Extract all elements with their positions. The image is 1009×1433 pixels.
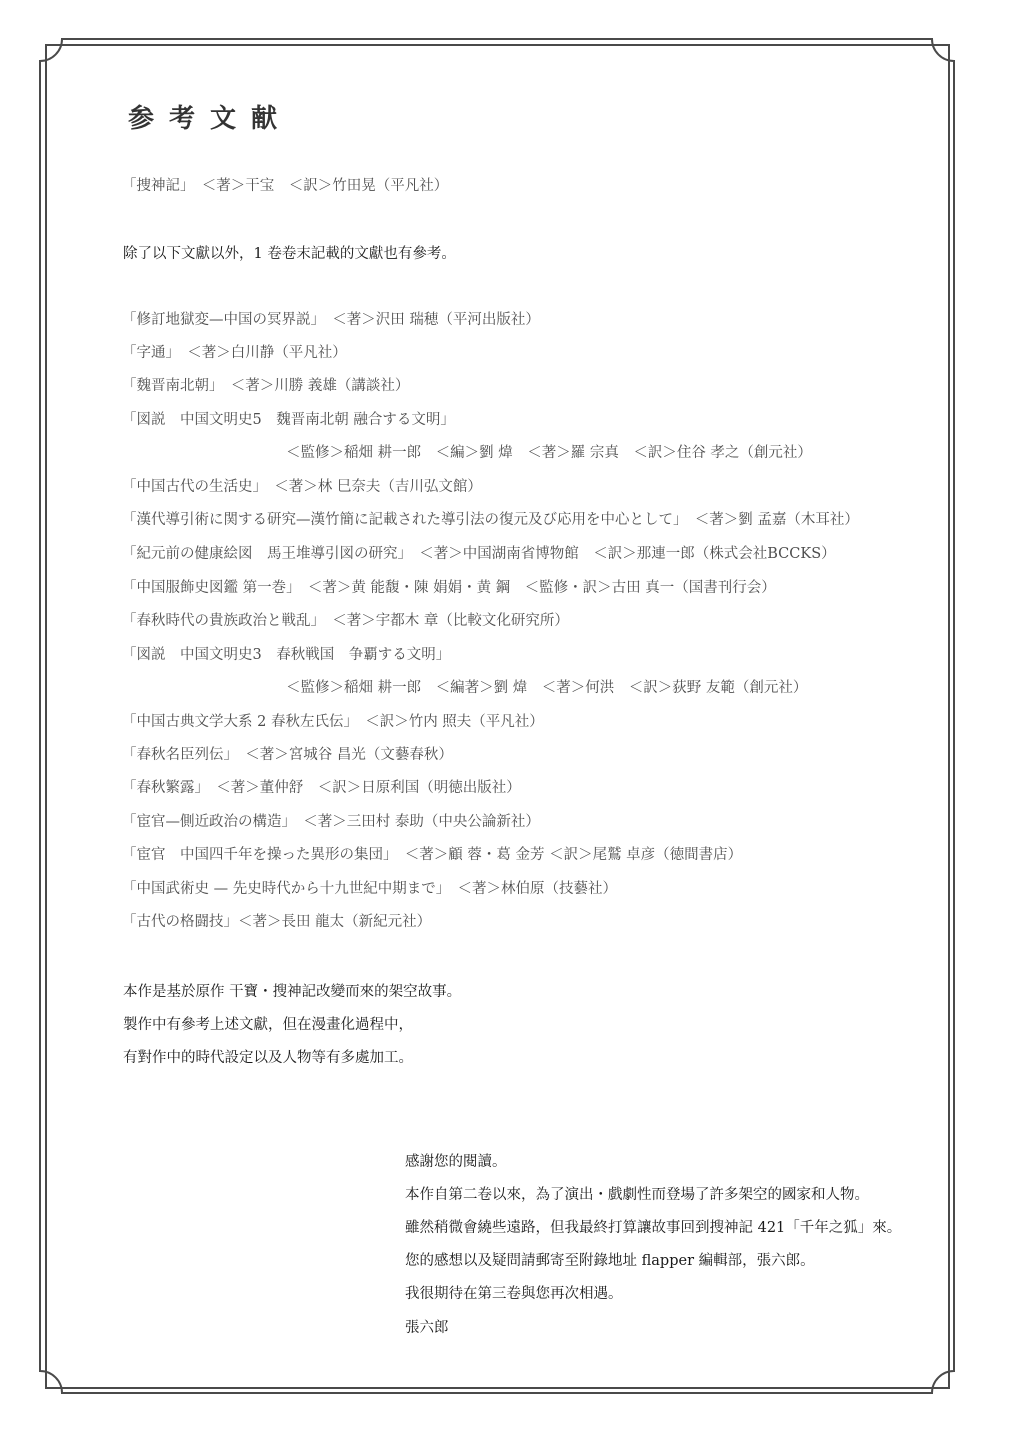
reference-item: 「紀元前の健康絵図 馬王堆導引図の研究」 ＜著＞中国湖南省博物館 ＜訳＞那連一郎… [122, 544, 836, 564]
reference-item-continuation: ＜監修＞稲畑 耕一郎 ＜編＞劉 煒 ＜著＞羅 宗真 ＜訳＞住谷 孝之（創元社） [286, 443, 812, 463]
reference-item: 「春秋繁露」 ＜著＞董仲舒 ＜訳＞日原利国（明徳出版社） [122, 778, 521, 798]
reference-item: 「中国古典文学大系 2 春秋左氏伝」 ＜訳＞竹内 照夫（平凡社） [122, 712, 544, 732]
reference-item: 「図説 中国文明史5 魏晋南北朝 融合する文明」 [122, 410, 455, 430]
reference-item-continuation: ＜監修＞稲畑 耕一郎 ＜編著＞劉 煒 ＜著＞何洪 ＜訳＞荻野 友範（創元社） [286, 678, 807, 698]
disclaimer-line: 本作是基於原作 干寶・搜神記改變而來的架空故事。 [123, 982, 461, 1002]
primary-source: 「捜神記」 ＜著＞干宝 ＜訳＞竹田晃（平凡社） [122, 176, 448, 196]
reference-item: 「修訂地獄変—中国の冥界説」 ＜著＞沢田 瑞穂（平河出版社） [122, 310, 540, 330]
disclaimer-line: 有對作中的時代設定以及人物等有多處加工。 [123, 1048, 413, 1068]
reference-item: 「春秋時代の貴族政治と戦乱」 ＜著＞宇都木 章（比較文化研究所） [122, 611, 569, 631]
reference-item: 「春秋名臣列伝」 ＜著＞宮城谷 昌光（文藝春秋） [122, 745, 453, 765]
reference-item: 「古代の格闘技」＜著＞長田 龍太（新紀元社） [122, 912, 431, 932]
disclaimer-line: 製作中有參考上述文獻，但在漫畫化過程中， [123, 1015, 413, 1035]
page-title: 参考文献 [128, 102, 292, 136]
reference-item: 「字通」 ＜著＞白川静（平凡社） [122, 343, 347, 363]
reference-item: 「魏晋南北朝」 ＜著＞川勝 義雄（講談社） [122, 376, 409, 396]
reference-item: 「漢代導引術に関する研究—漢竹簡に記載された導引法の復元及び応用を中心として」 … [122, 510, 859, 530]
intro-note: 除了以下文獻以外，1 卷卷末記載的文獻也有參考。 [123, 244, 456, 264]
author-signature: 張六郎 [405, 1318, 449, 1338]
afterword-line: 本作自第二卷以來，為了演出・戲劇性而登場了許多架空的國家和人物。 [405, 1185, 869, 1205]
afterword-line: 雖然稍微會繞些遠路，但我最終打算讓故事回到搜神記 421「千年之狐」來。 [405, 1218, 901, 1238]
afterword-line: 您的感想以及疑問請郵寄至附錄地址 flapper 編輯部，張六郎。 [405, 1251, 815, 1271]
reference-item: 「中国服飾史図鑑 第一巻」 ＜著＞黄 能馥・陳 娟娟・黄 鋼 ＜監修・訳＞古田 … [122, 578, 776, 598]
reference-item: 「宦官 中国四千年を操った異形の集団」 ＜著＞顧 蓉・葛 金芳 ＜訳＞尾鷲 卓彦… [122, 845, 742, 865]
afterword-line: 我很期待在第三卷與您再次相遇。 [405, 1284, 623, 1304]
reference-item: 「中国武術史 — 先史時代から十九世紀中期まで」 ＜著＞林伯原（技藝社） [122, 879, 617, 899]
afterword-line: 感謝您的閱讀。 [405, 1152, 507, 1172]
reference-item: 「中国古代の生活史」 ＜著＞林 巳奈夫（吉川弘文館） [122, 477, 482, 497]
reference-item: 「図説 中国文明史3 春秋戦国 争覇する文明」 [122, 645, 450, 665]
reference-item: 「宦官—側近政治の構造」 ＜著＞三田村 泰助（中央公論新社） [122, 812, 540, 832]
